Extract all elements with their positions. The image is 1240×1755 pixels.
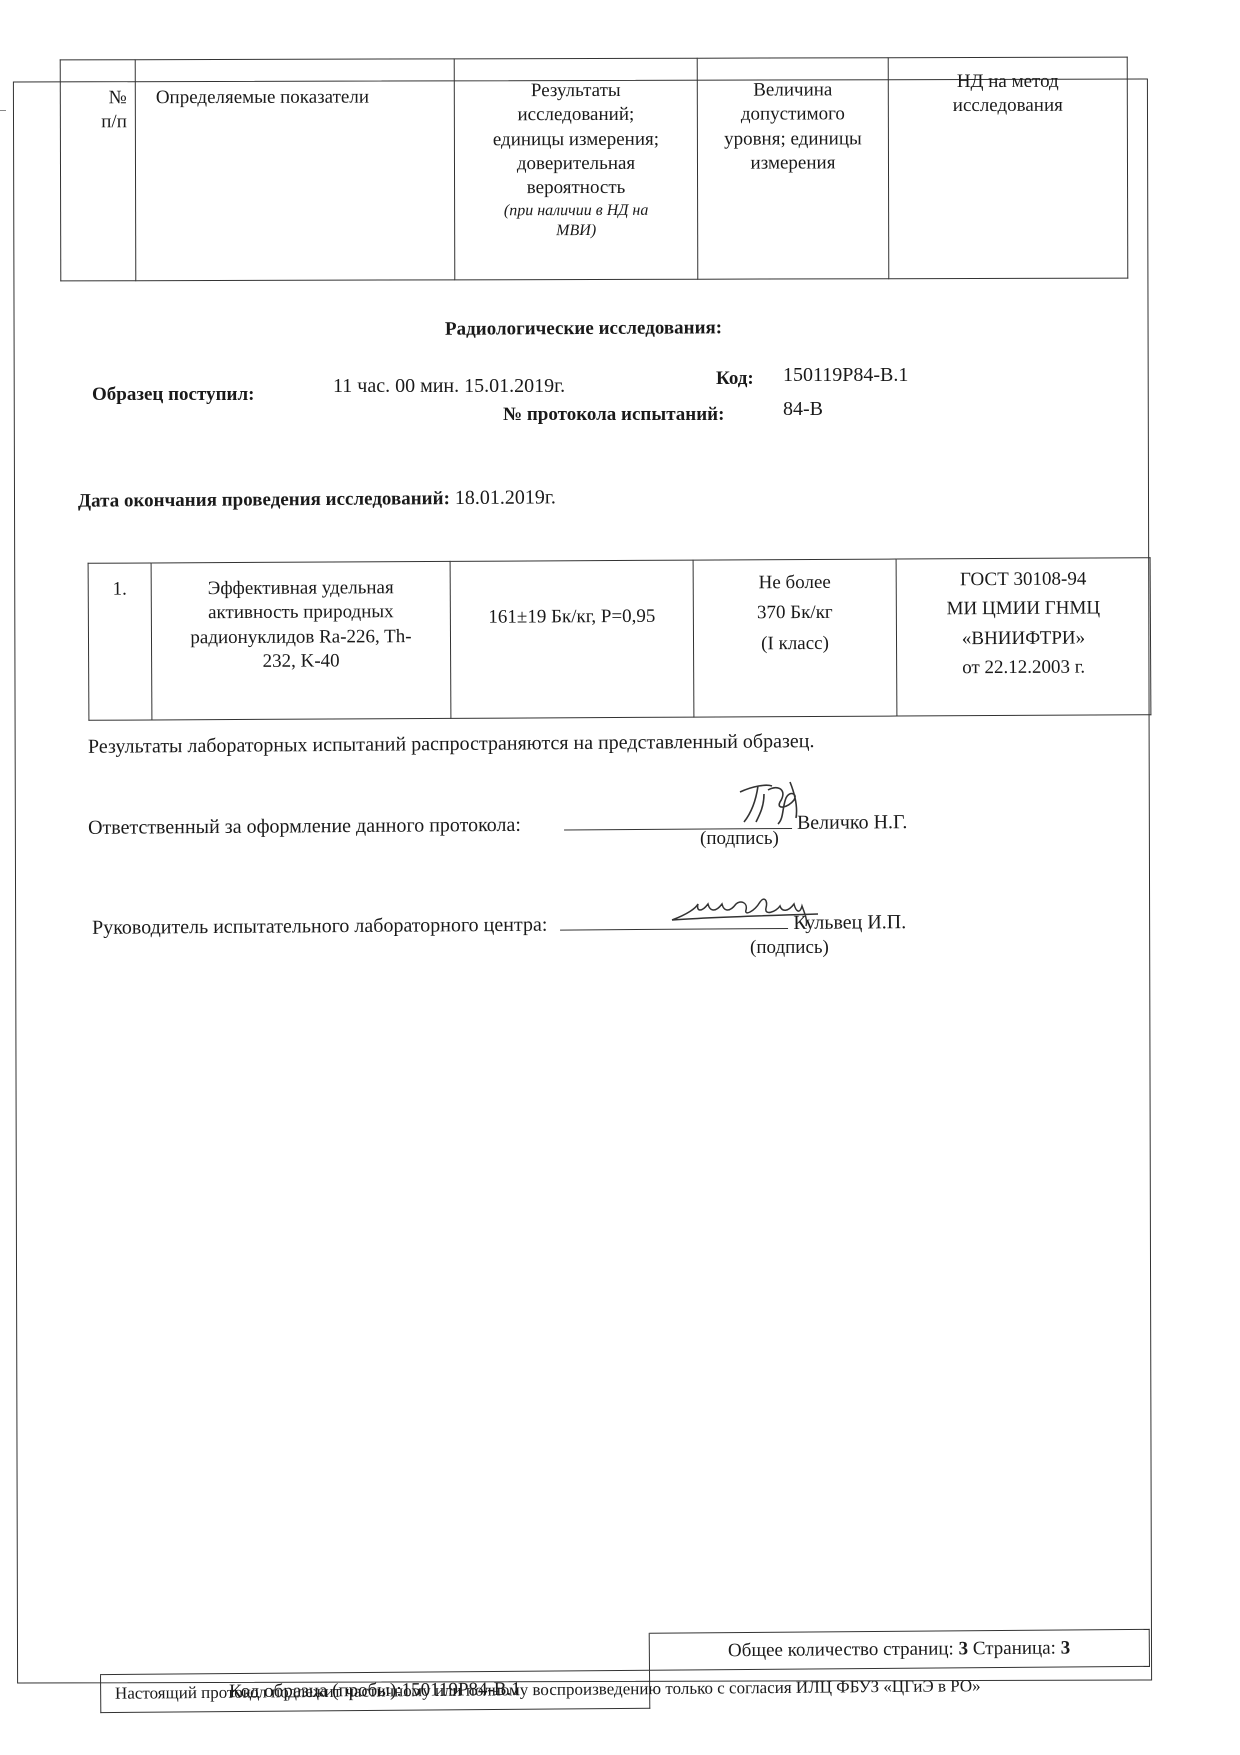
- results-header-note: (при наличии в НД на: [463, 200, 689, 221]
- results-header-line: вероятность: [463, 176, 689, 201]
- signature-role: Ответственный за оформление данного прот…: [88, 814, 521, 839]
- header-number-cell: № п/п: [60, 60, 136, 281]
- limit-header-line: уровня; единицы: [706, 127, 880, 152]
- section-title: Радиологические исследования:: [445, 317, 722, 340]
- signature-role: Руководитель испытательного лабораторног…: [92, 914, 547, 939]
- sample-received-label: Образец поступил:: [92, 384, 254, 406]
- method-cell: ГОСТ 30108-94 МИ ЦМИИ ГНМЦ «ВНИИФТРИ» от…: [896, 558, 1151, 716]
- sample-received-value: 11 час. 00 мин. 15.01.2019г.: [333, 375, 565, 398]
- limit-line: 370 Бк/кг: [702, 598, 888, 629]
- table-row: 1. Эффективная удельная активность приро…: [88, 558, 1151, 721]
- indicator-line: 232, K-40: [160, 649, 442, 675]
- indicators-header: Определяемые показатели: [156, 87, 369, 109]
- method-line: «ВНИИФТРИ»: [905, 623, 1142, 654]
- indicator-line: радионуклидов Ra-226, Th-: [160, 625, 442, 651]
- page-label: Страница:: [973, 1638, 1056, 1660]
- limit-cell: Не более 370 Бк/кг (I класс): [693, 559, 897, 717]
- protocol-number-label: № протокола испытаний:: [503, 404, 724, 426]
- results-header-line: Результаты: [463, 79, 689, 104]
- item-order-label: п/п: [69, 111, 127, 135]
- limit-header-line: измерения: [706, 151, 880, 176]
- indicator-line: активность природных: [160, 600, 442, 626]
- method-header-line: НД на метод: [897, 70, 1119, 95]
- method-line: ГОСТ 30108-94: [905, 564, 1142, 595]
- code-label: Код:: [716, 368, 754, 390]
- column-header-table: № п/п Определяемые показатели Результаты…: [60, 57, 1129, 282]
- method-line: от 22.12.2003 г.: [905, 653, 1142, 684]
- header-results-cell: Результаты исследований; единицы измерен…: [454, 58, 698, 280]
- number-sign: №: [69, 86, 127, 110]
- header-indicators-cell: Определяемые показатели: [135, 59, 455, 281]
- page-count-cell: Общее количество страниц: 3 Страница: 3: [649, 1629, 1150, 1670]
- header-limit-cell: Величина допустимого уровня; единицы изм…: [697, 58, 889, 279]
- results-header-note: МВИ): [463, 221, 689, 242]
- scan-mark: [0, 110, 6, 111]
- indicator-cell: Эффективная удельная активность природны…: [151, 561, 451, 720]
- handwritten-signature-icon: [668, 890, 838, 930]
- results-header-line: исследований;: [463, 103, 689, 128]
- signature-caption: (подпись): [700, 828, 779, 850]
- results-table: 1. Эффективная удельная активность приро…: [88, 557, 1152, 721]
- limit-line: (I класс): [702, 628, 888, 659]
- pages-total-value: 3: [958, 1638, 968, 1659]
- handwritten-signature-icon: [728, 772, 828, 832]
- protocol-number-value: 84-В: [783, 398, 823, 421]
- limit-line: Не более: [702, 568, 888, 599]
- end-date-line: Дата окончания проведения исследований: …: [78, 486, 556, 512]
- row-number: 1.: [88, 563, 152, 720]
- results-header-line: единицы измерения;: [463, 127, 689, 152]
- end-date-value: 18.01.2019г.: [455, 486, 556, 509]
- pages-total-label: Общее количество страниц:: [728, 1638, 954, 1661]
- end-date-label: Дата окончания проведения исследований:: [78, 488, 450, 512]
- header-method-cell: НД на метод исследования: [888, 57, 1128, 279]
- method-header-line: исследования: [897, 94, 1119, 119]
- indicator-line: Эффективная удельная: [160, 576, 442, 602]
- limit-header-line: допустимого: [706, 103, 880, 128]
- page-current-value: 3: [1061, 1638, 1071, 1659]
- code-value: 150119Р84-В.1: [783, 364, 908, 387]
- limit-header-line: Величина: [706, 78, 880, 103]
- results-header-line: доверительная: [463, 152, 689, 177]
- method-line: МИ ЦМИИ ГНМЦ: [905, 594, 1142, 625]
- result-value: 161±19 Бк/кг, Р=0,95: [450, 560, 694, 718]
- signature-caption: (подпись): [750, 937, 829, 959]
- footer-empty-cell: [100, 1633, 649, 1675]
